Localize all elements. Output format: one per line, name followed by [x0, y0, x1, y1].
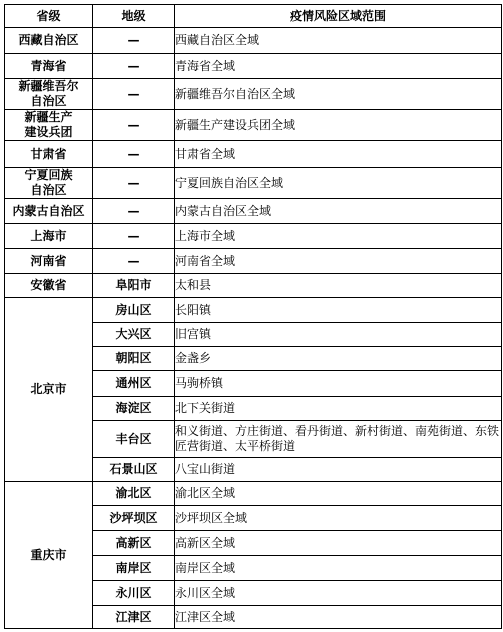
area-cell: 南岸区全域 — [175, 556, 502, 581]
province-cell: 新疆维吾尔 自治区 — [5, 79, 93, 110]
city-cell: 江津区 — [93, 606, 175, 629]
area-cell: 宁夏回族自治区全域 — [175, 168, 502, 199]
area-cell: 八宝山街道 — [175, 458, 502, 482]
area-cell: 上海市全域 — [175, 224, 502, 249]
province-cell: 西藏自治区 — [5, 28, 93, 54]
area-cell: 内蒙古自治区全域 — [175, 199, 502, 224]
city-cell: — — [93, 224, 175, 249]
province-cell: 内蒙古自治区 — [5, 199, 93, 224]
area-cell: 太和县 — [175, 274, 502, 298]
risk-area-table: 省级 地级 疫情风险区域范围 西藏自治区 — 西藏自治区全域 青海省 — 青海省… — [4, 4, 502, 629]
city-cell: — — [93, 79, 175, 110]
city-cell: — — [93, 54, 175, 79]
table-row: 宁夏回族 自治区 — 宁夏回族自治区全域 — [5, 168, 502, 199]
header-province: 省级 — [5, 5, 93, 28]
area-cell: 沙坪坝区全域 — [175, 506, 502, 531]
table-row: 重庆市 渝北区 渝北区全域 — [5, 482, 502, 506]
province-cell: 宁夏回族 自治区 — [5, 168, 93, 199]
area-cell: 高新区全域 — [175, 531, 502, 556]
city-cell: 朝阳区 — [93, 347, 175, 371]
area-cell: 新疆维吾尔自治区全域 — [175, 79, 502, 110]
header-area: 疫情风险区域范围 — [175, 5, 502, 28]
province-line: 宁夏回族 — [5, 168, 92, 183]
city-cell: 丰台区 — [93, 421, 175, 458]
province-line: 自治区 — [5, 183, 92, 198]
area-cell: 青海省全域 — [175, 54, 502, 79]
header-city: 地级 — [93, 5, 175, 28]
table-row: 上海市 — 上海市全域 — [5, 224, 502, 249]
province-cell-beijing: 北京市 — [5, 298, 93, 482]
city-cell: 南岸区 — [93, 556, 175, 581]
city-cell: — — [93, 168, 175, 199]
area-cell: 河南省全域 — [175, 249, 502, 274]
city-cell: — — [93, 249, 175, 274]
city-cell: 高新区 — [93, 531, 175, 556]
table-row: 甘肃省 — 甘肃省全域 — [5, 141, 502, 168]
area-cell: 永川区全域 — [175, 581, 502, 606]
province-line: 新疆生产 — [5, 110, 92, 125]
table-row: 安徽省 阜阳市 太和县 — [5, 274, 502, 298]
province-cell-chongqing: 重庆市 — [5, 482, 93, 629]
province-cell: 安徽省 — [5, 274, 93, 298]
table-row: 新疆维吾尔 自治区 — 新疆维吾尔自治区全域 — [5, 79, 502, 110]
city-cell: — — [93, 110, 175, 141]
table-row: 新疆生产 建设兵团 — 新疆生产建设兵团全域 — [5, 110, 502, 141]
area-cell: 金盏乡 — [175, 347, 502, 371]
city-cell: 沙坪坝区 — [93, 506, 175, 531]
city-cell: — — [93, 141, 175, 168]
area-cell: 甘肃省全域 — [175, 141, 502, 168]
table-row: 内蒙古自治区 — 内蒙古自治区全域 — [5, 199, 502, 224]
city-cell: 永川区 — [93, 581, 175, 606]
area-cell: 西藏自治区全域 — [175, 28, 502, 54]
area-cell: 马驹桥镇 — [175, 371, 502, 397]
province-cell: 上海市 — [5, 224, 93, 249]
header-row: 省级 地级 疫情风险区域范围 — [5, 5, 502, 28]
province-line: 新疆维吾尔 — [5, 79, 92, 94]
area-cell: 旧宫镇 — [175, 323, 502, 347]
province-cell: 新疆生产 建设兵团 — [5, 110, 93, 141]
table-row: 西藏自治区 — 西藏自治区全域 — [5, 28, 502, 54]
province-line: 建设兵团 — [5, 125, 92, 140]
area-cell: 江津区全域 — [175, 606, 502, 629]
city-cell: 大兴区 — [93, 323, 175, 347]
province-line: 自治区 — [5, 94, 92, 109]
province-cell: 甘肃省 — [5, 141, 93, 168]
city-cell: 房山区 — [93, 298, 175, 323]
area-cell: 长阳镇 — [175, 298, 502, 323]
city-cell: 渝北区 — [93, 482, 175, 506]
area-cell: 新疆生产建设兵团全域 — [175, 110, 502, 141]
table-row: 河南省 — 河南省全域 — [5, 249, 502, 274]
table-row: 北京市 房山区 长阳镇 — [5, 298, 502, 323]
city-cell: — — [93, 199, 175, 224]
city-cell: 海淀区 — [93, 397, 175, 421]
table-row: 青海省 — 青海省全域 — [5, 54, 502, 79]
area-cell: 北下关街道 — [175, 397, 502, 421]
city-cell: 石景山区 — [93, 458, 175, 482]
city-cell: 通州区 — [93, 371, 175, 397]
area-cell: 渝北区全域 — [175, 482, 502, 506]
city-cell: — — [93, 28, 175, 54]
area-cell: 和义街道、方庄街道、看丹街道、新村街道、南苑街道、东铁匠营街道、太平桥街道 — [175, 421, 502, 458]
province-cell: 青海省 — [5, 54, 93, 79]
city-cell: 阜阳市 — [93, 274, 175, 298]
province-cell: 河南省 — [5, 249, 93, 274]
